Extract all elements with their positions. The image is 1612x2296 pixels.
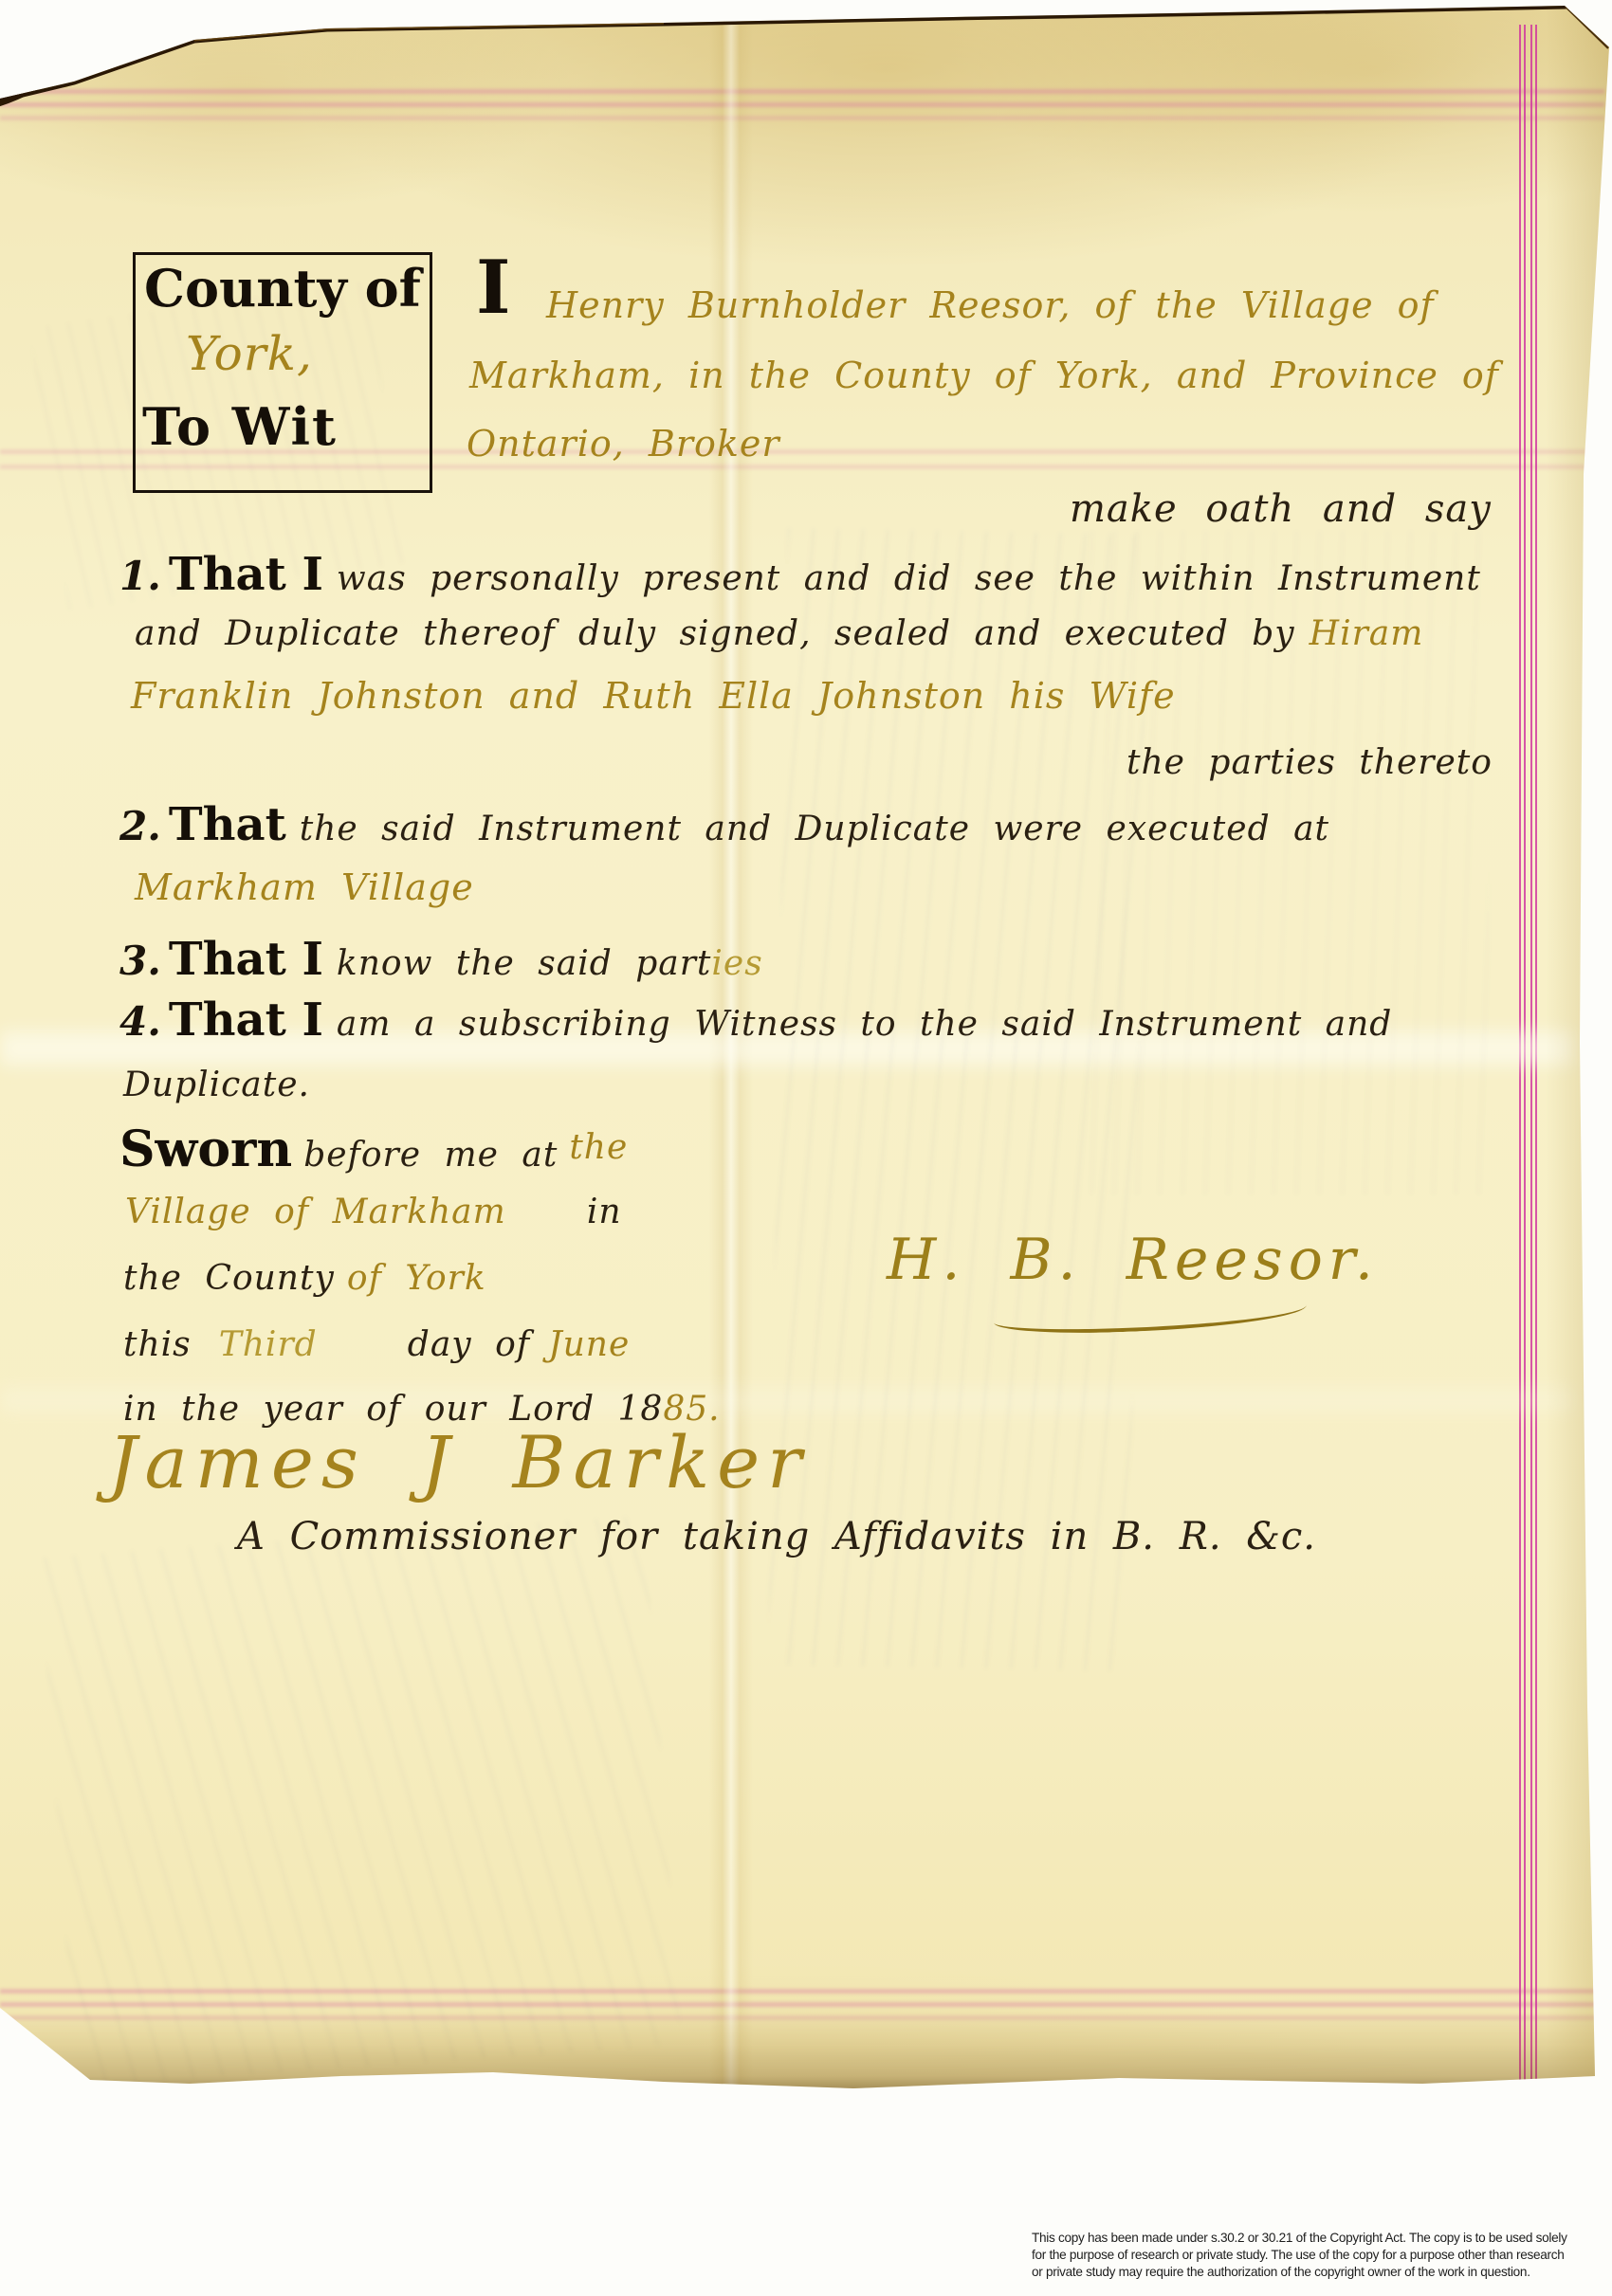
- witness-signature: H. B. Reesor.: [887, 1227, 1379, 1293]
- clause-1-text: was personally present and did see the w…: [337, 559, 1481, 598]
- clause-1-line-2: and Duplicate thereof duly signed, seale…: [135, 614, 1423, 653]
- clause-1-line-3-names: Franklin Johnston and Ruth Ella Johnston…: [131, 675, 1176, 717]
- top-edge-line: [0, 6, 1566, 100]
- clause-3-text: know the said part: [337, 944, 711, 983]
- commissioner-signature: James J Barker: [108, 1420, 809, 1504]
- deponent-line-2: Markham, in the County of York, and Prov…: [469, 355, 1499, 396]
- clause-1-line-2-name: Hiram: [1310, 614, 1424, 653]
- clause-2-number: 2.: [119, 803, 161, 849]
- copyright-stamp: This copy has been made under s.30.2 or …: [1032, 2230, 1568, 2281]
- top-right-edge: [1566, 6, 1609, 47]
- jurat-this: this: [123, 1325, 192, 1364]
- clause-4-text: am a subscribing Witness to the said Ins…: [337, 1005, 1392, 1044]
- stamp-line-3: or private study may require the authori…: [1032, 2264, 1568, 2281]
- jurat-line-1-text: before me at: [303, 1136, 558, 1175]
- stamp-line-2: for the purpose of research or private s…: [1032, 2247, 1568, 2264]
- jurat-line-2: Village of Markham in: [125, 1193, 622, 1231]
- clause-1-number: 1.: [119, 553, 161, 599]
- clause-2-place: Markham Village: [135, 866, 474, 908]
- jurat-line-4: this Third day of June: [123, 1325, 630, 1364]
- to-wit-label: To Wit: [142, 396, 338, 457]
- county-name-handwritten: York,: [186, 326, 313, 381]
- clause-4-lead: That I: [169, 993, 323, 1047]
- clause-2-text: the said Instrument and Duplicate were e…: [300, 810, 1329, 848]
- deponent-line-1: Henry Burnholder Reesor, of the Village …: [546, 284, 1435, 326]
- jurat-day-of: day of: [408, 1325, 530, 1364]
- clause-1-lead: That I: [169, 548, 323, 601]
- clause-3-number: 3.: [119, 938, 161, 984]
- corner-fold: [6, 49, 161, 95]
- deponent-initial: I: [476, 245, 511, 331]
- commissioner-title: A Commissioner for taking Affidavits in …: [237, 1515, 1316, 1558]
- deponent-line-3: Ontario, Broker: [467, 423, 780, 465]
- jurat-county-black: the County: [123, 1259, 335, 1298]
- jurat-month: June: [548, 1325, 630, 1364]
- scanned-affidavit-page: County of York, To Wit I Henry Burnholde…: [0, 0, 1612, 2296]
- clause-1-line-1: 1.That Iwas personally present and did s…: [119, 548, 1481, 601]
- clause-4-number: 4.: [119, 998, 161, 1045]
- clause-1-line-2-text: and Duplicate thereof duly signed, seale…: [135, 614, 1295, 653]
- clause-3-text-gold: ies: [711, 944, 762, 983]
- oath-phrase: make oath and say: [1070, 487, 1492, 531]
- clause-2-line-1: 2.Thatthe said Instrument and Duplicate …: [119, 798, 1329, 851]
- top-edge-highlight: [194, 23, 664, 40]
- county-of-label: County of: [144, 258, 421, 319]
- corner-curl: [0, 49, 93, 102]
- sworn-label: Sworn: [119, 1121, 292, 1178]
- stamp-line-1: This copy has been made under s.30.2 or …: [1032, 2230, 1568, 2247]
- jurat-county-gold: of York: [347, 1259, 486, 1298]
- clause-2-lead: That: [169, 798, 286, 851]
- clause-3-lead: That I: [169, 933, 323, 986]
- jurat-line-1: Swornbefore me atthe: [119, 1121, 628, 1178]
- jurat-line-1-gold: the: [569, 1128, 628, 1167]
- parties-thereto: the parties thereto: [1127, 743, 1493, 782]
- jurat-line-3: the County of York: [123, 1259, 486, 1298]
- clause-4-line-2: Duplicate.: [123, 1066, 310, 1104]
- clause-4-line-1: 4.That Iam a subscribing Witness to the …: [119, 993, 1392, 1047]
- paper-sheet: County of York, To Wit I Henry Burnholde…: [0, 0, 1612, 2296]
- clause-3-line: 3.That Iknow the said parties: [119, 933, 763, 986]
- jurat-day-name: Third: [219, 1325, 318, 1364]
- jurat-place: Village of Markham: [125, 1193, 506, 1231]
- jurat-in: in: [587, 1193, 622, 1231]
